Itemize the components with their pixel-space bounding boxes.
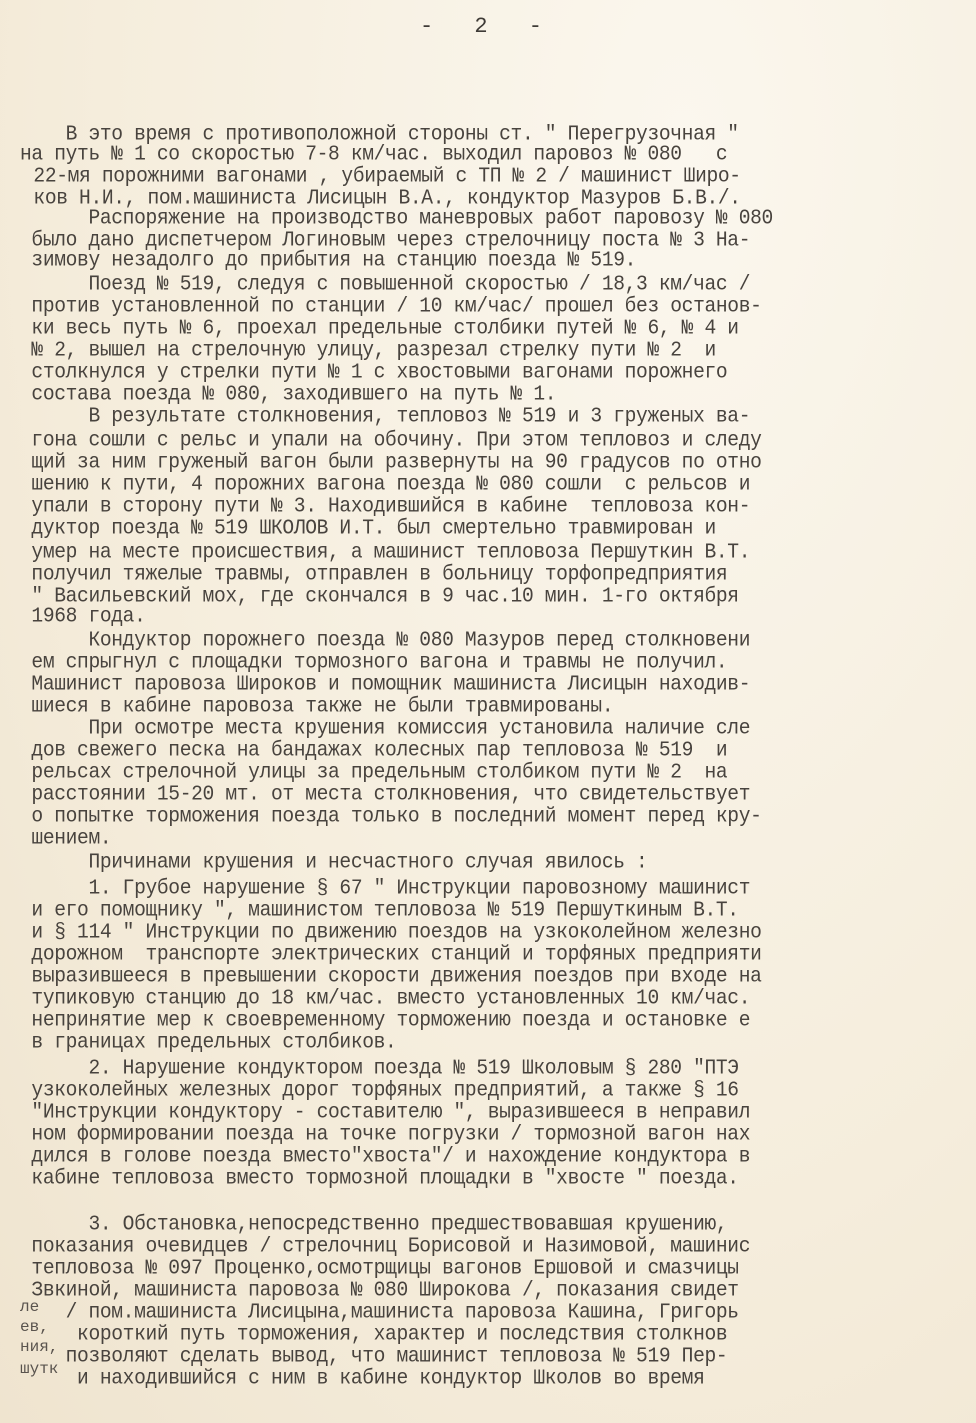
text-line: тепловоза № 097 Проценко,осмотрщицы ваго… — [20, 1256, 739, 1280]
text-line: на путь № 1 со скоростью 7-8 км/час. вых… — [20, 142, 727, 166]
text-line: 1968 года. — [20, 604, 146, 628]
handwritten-margin-note: ев, — [20, 1318, 49, 1336]
text-line: против установленной по станции / 10 км/… — [20, 294, 762, 318]
text-line: ем спрыгнул с площадки тормозного вагона… — [20, 650, 727, 674]
text-line: непринятие мер к своевременному торможен… — [20, 1008, 750, 1032]
text-line: в границах предельных столбиков. — [20, 1030, 396, 1054]
text-line: Кондуктор порожнего поезда № 080 Мазуров… — [20, 628, 750, 652]
text-line: состава поезда № 080, заходившего на пут… — [20, 382, 556, 406]
text-line: 3. Обстановка,непосредственно предшество… — [20, 1212, 727, 1236]
text-line: дов свежего песка на бандажах колесных п… — [20, 738, 727, 762]
text-line: умер на месте происшествия, а машинист т… — [20, 540, 750, 564]
text-line: и находившийся с ним в кабине кондуктор … — [20, 1366, 705, 1390]
text-line: ном формировании поезда на точке погрузк… — [20, 1122, 750, 1146]
page-number: - 2 - — [0, 14, 976, 39]
text-line: дорожном транспорте электрических станци… — [20, 942, 762, 966]
text-line: шению к пути, 4 порожних вагона поезда №… — [20, 472, 750, 496]
text-line: ки весь путь № 6, проехал предельные сто… — [20, 316, 739, 340]
text-line: кабине тепловоза вместо тормозной площад… — [20, 1166, 739, 1190]
text-line: Причинами крушения и несчастного случая … — [20, 850, 647, 874]
text-line: тупиковую станцию до 18 км/час. вместо у… — [20, 986, 750, 1010]
text-line: шиеся в кабине паровоза также не были тр… — [20, 694, 613, 718]
text-line: и § 114 " Инструкции по движению поездов… — [20, 920, 762, 944]
text-line: позволяют сделать вывод, что машинист те… — [20, 1344, 727, 1368]
text-line: расстоянии 15-20 мт. от места столкновен… — [20, 782, 750, 806]
text-line: рельсах стрелочной улицы за предельным с… — [20, 760, 727, 784]
text-line: 22-мя порожними вагонами , убираемый с Т… — [22, 164, 741, 188]
text-line: выразившееся в превышении скорости движе… — [20, 964, 762, 988]
text-line: узкоколейных железных дорог торфяных пре… — [20, 1078, 739, 1102]
text-line: Звкиной, машиниста паровоза № 080 Широко… — [20, 1278, 739, 1302]
handwritten-margin-note: шутк — [20, 1360, 58, 1378]
text-line: короткий путь торможения, характер и пос… — [20, 1322, 727, 1346]
text-line: Распоряжение на производство маневровых … — [20, 206, 773, 230]
text-line: При осмотре места крушения комиссия уста… — [20, 716, 750, 740]
text-line: о попытке торможения поезда только в пос… — [20, 804, 762, 828]
text-line: шением. — [20, 826, 111, 850]
text-line: показания очевидцев / стрелочниц Борисов… — [20, 1234, 750, 1258]
text-line: дился в голове поезда вместо"хвоста"/ и … — [20, 1144, 750, 1168]
text-line: гона сошли с рельс и упали на обочину. П… — [20, 428, 762, 452]
text-line: Машинист паровоза Широков и помощник маш… — [20, 672, 750, 696]
document-page: - 2 - В это время с противоположной стор… — [0, 0, 976, 1423]
text-line: Поезд № 519, следуя с повышенной скорост… — [20, 272, 750, 296]
text-line: столкнулся у стрелки пути № 1 с хвостовы… — [20, 360, 727, 384]
text-line: В результате столкновения, тепловоз № 51… — [20, 404, 750, 428]
handwritten-margin-note: ния, — [20, 1338, 58, 1356]
text-line: 2. Нарушение кондуктором поезда № 519 Шк… — [20, 1056, 739, 1080]
handwritten-margin-note: ле — [20, 1298, 39, 1316]
text-line: № 2, вышел на стрелочную улицу, разрезал… — [20, 338, 716, 362]
text-line: 1. Грубое нарушение § 67 " Инструкции па… — [20, 876, 750, 900]
text-line: и его помощнику ", машинистом тепловоза … — [20, 898, 739, 922]
text-line: упали в сторону пути № 3. Находившийся в… — [20, 494, 750, 518]
text-line: дуктор поезда № 519 ШКОЛОВ И.Т. был смер… — [20, 516, 716, 540]
text-line: "Инструкции кондуктору - составителю ", … — [20, 1100, 750, 1124]
text-line: получил тяжелые травмы, отправлен в боль… — [20, 562, 727, 586]
text-line: щий за ним груженый вагон были развернут… — [20, 450, 762, 474]
text-line: / пом.машиниста Лисицына,машиниста паров… — [20, 1300, 739, 1324]
text-line: зимову незадолго до прибытия на станцию … — [20, 248, 636, 272]
